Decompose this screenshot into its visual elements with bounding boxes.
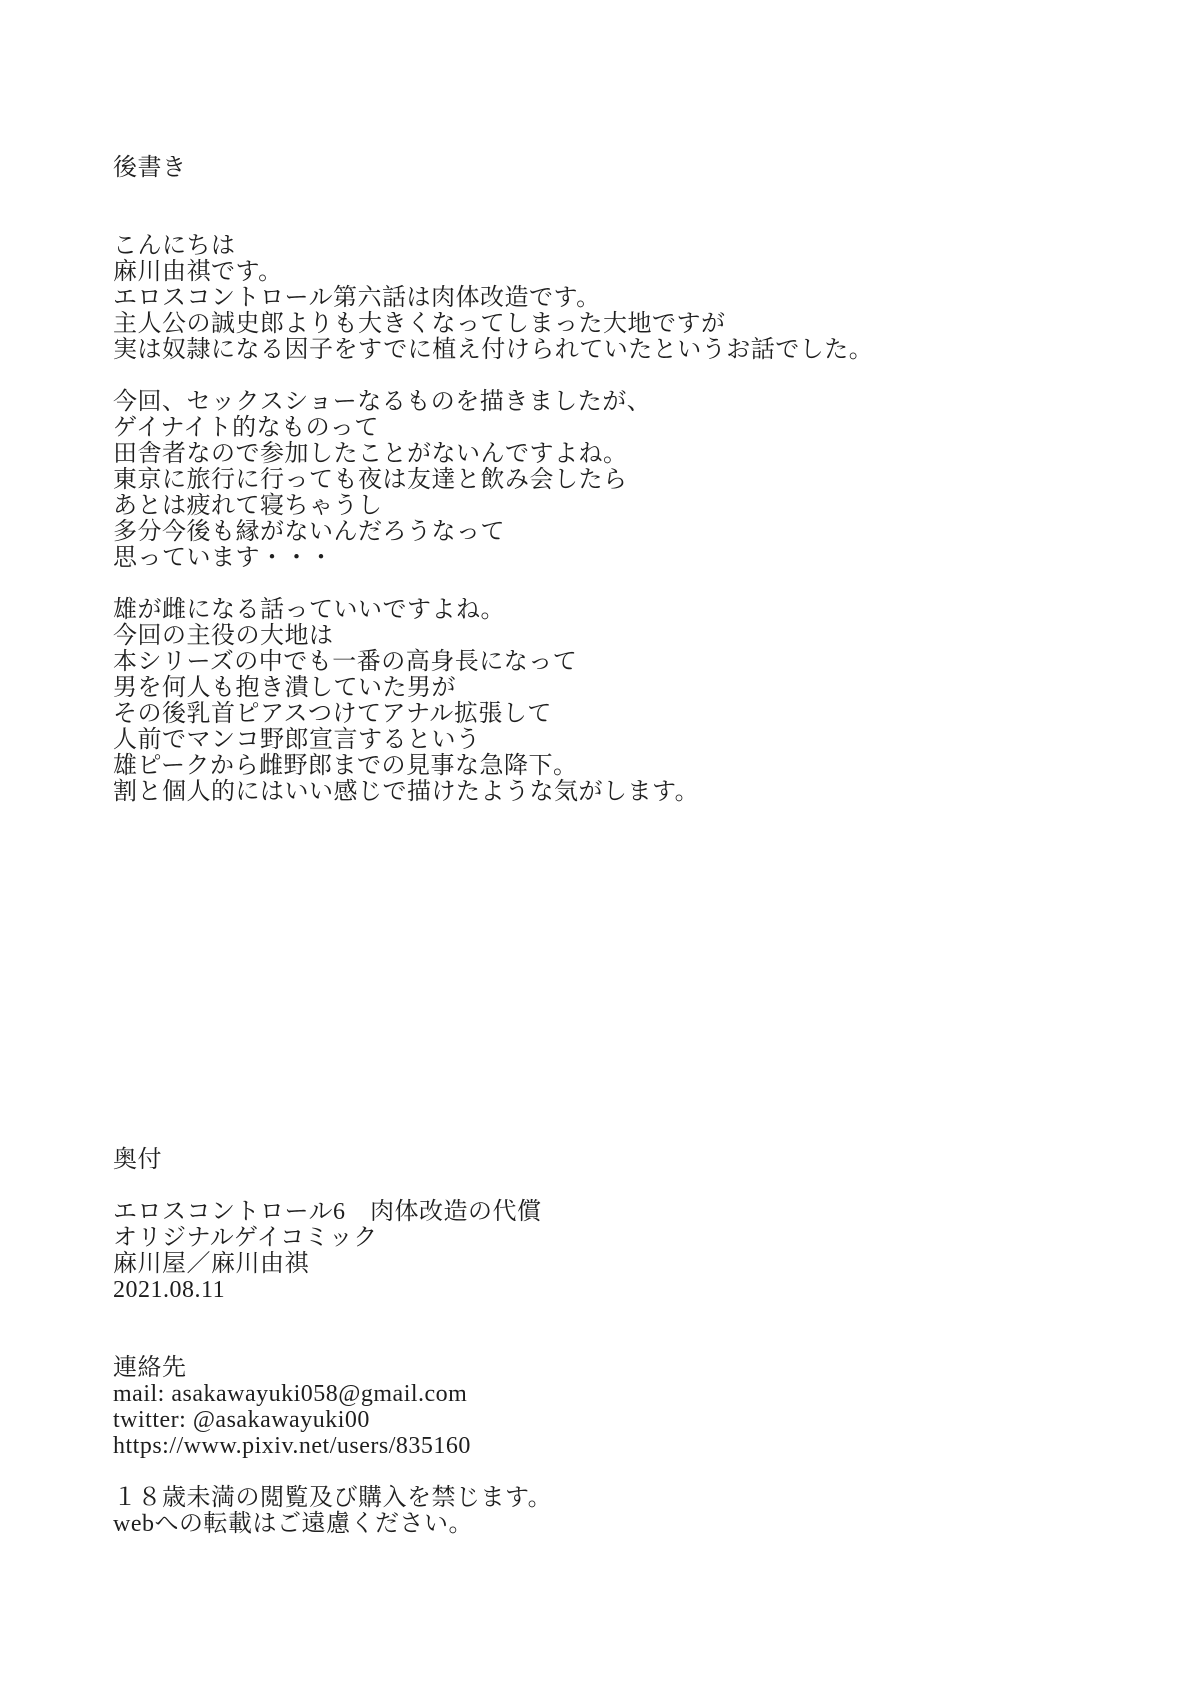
text-line: mail: asakawayuki058@gmail.com (113, 1381, 1150, 1407)
text-line: 雄ピークから雌野郎までの見事な急降下。 (113, 753, 1150, 779)
text-line: 田舎者なので参加したことがないんですよね。 (113, 441, 1150, 467)
contact-lines: mail: asakawayuki058@gmail.comtwitter: @… (113, 1381, 1150, 1459)
text-line: 麻川屋／麻川由祺 (113, 1251, 1150, 1277)
afterword-paragraph-2: 今回、セックスショーなるものを描きましたが、ゲイナイト的なものって田舎者なので参… (113, 389, 1150, 571)
text-line: 麻川由祺です。 (113, 259, 1150, 285)
afterword-heading: 後書き (113, 155, 1150, 181)
text-line: 人前でマンコ野郎宣言するという (113, 727, 1150, 753)
text-line: 本シリーズの中でも一番の高身長になって (113, 649, 1150, 675)
text-line: エロスコントロール第六話は肉体改造です。 (113, 285, 1150, 311)
scanned-afterword-page: 後書き こんにちは麻川由祺です。エロスコントロール第六話は肉体改造です。主人公の… (0, 0, 1190, 1684)
contact-heading: 連絡先 (113, 1355, 1150, 1381)
text-line: webへの転載はご遠慮ください。 (113, 1511, 1150, 1537)
text-line: あとは疲れて寝ちゃうし (113, 493, 1150, 519)
text-line: 多分今後も縁がないんだろうなって (113, 519, 1150, 545)
text-line: twitter: @asakawayuki00 (113, 1407, 1150, 1433)
text-line: １８歳未満の閲覧及び購入を禁じます。 (113, 1485, 1150, 1511)
text-line: こんにちは (113, 233, 1150, 259)
text-line: エロスコントロール6 肉体改造の代償 (113, 1199, 1150, 1225)
text-line: オリジナルゲイコミック (113, 1225, 1150, 1251)
text-line: 今回、セックスショーなるものを描きましたが、 (113, 389, 1150, 415)
text-line: https://www.pixiv.net/users/835160 (113, 1433, 1150, 1459)
afterword-paragraph-1: こんにちは麻川由祺です。エロスコントロール第六話は肉体改造です。主人公の誠史郎よ… (113, 233, 1150, 363)
age-restriction-notices: １８歳未満の閲覧及び購入を禁じます。webへの転載はご遠慮ください。 (113, 1485, 1150, 1537)
contact-section: 連絡先 mail: asakawayuki058@gmail.comtwitte… (113, 1355, 1150, 1459)
text-line: ゲイナイト的なものって (113, 415, 1150, 441)
text-line: 割と個人的にはいい感じで描けたような気がします。 (113, 779, 1150, 805)
text-line: その後乳首ピアスつけてアナル拡張して (113, 701, 1150, 727)
colophon-heading: 奥付 (113, 1147, 1150, 1173)
colophon-info-lines: エロスコントロール6 肉体改造の代償オリジナルゲイコミック麻川屋／麻川由祺202… (113, 1199, 1150, 1303)
page-text-block: 後書き こんにちは麻川由祺です。エロスコントロール第六話は肉体改造です。主人公の… (113, 155, 1150, 1537)
text-line: 雄が雌になる話っていいですよね。 (113, 597, 1150, 623)
afterword-paragraph-3: 雄が雌になる話っていいですよね。今回の主役の大地は本シリーズの中でも一番の高身長… (113, 597, 1150, 805)
text-line: 男を何人も抱き潰していた男が (113, 675, 1150, 701)
text-line: 東京に旅行に行っても夜は友達と飲み会したら (113, 467, 1150, 493)
text-line: 主人公の誠史郎よりも大きくなってしまった大地ですが (113, 311, 1150, 337)
text-line: 思っています・・・ (113, 545, 1150, 571)
text-line: 今回の主役の大地は (113, 623, 1150, 649)
text-line: 実は奴隷になる因子をすでに植え付けられていたというお話でした。 (113, 337, 1150, 363)
text-line: 2021.08.11 (113, 1277, 1150, 1303)
